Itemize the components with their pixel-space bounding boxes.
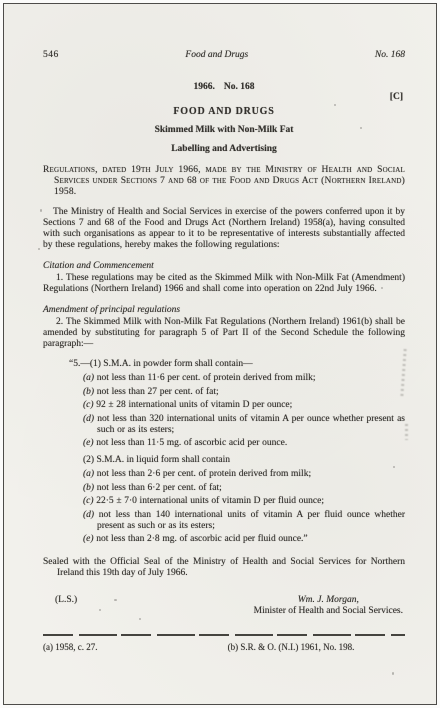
signatory: Wm. J. Morgan, Minister of Health and So… xyxy=(254,595,403,617)
signatory-title: Minister of Health and Social Services. xyxy=(254,606,403,616)
scan-artifact xyxy=(381,287,383,289)
subject-heading: Skimmed Milk with Non-Milk Fat xyxy=(43,125,405,136)
item-label: (b) xyxy=(83,483,94,493)
powder-item-a: (a) not less than 11·6 per cent. of prot… xyxy=(83,373,405,384)
scan-artifact xyxy=(360,127,362,129)
scan-artifact xyxy=(392,672,394,675)
footnotes-row: (a) 1958, c. 27. (b) S.R. & O. (N.I.) 19… xyxy=(43,642,405,652)
page-number: 546 xyxy=(43,50,59,61)
footnote-b: (b) S.R. & O. (N.I.) 1961, No. 198. xyxy=(228,642,355,652)
footnote-b-text: S.R. & O. (N.I.) 1961, No. 198. xyxy=(240,642,354,652)
item-text: 92 ± 28 international units of vitamin D… xyxy=(96,400,292,410)
item-text: not less than 140 international units of… xyxy=(97,510,405,531)
item-label: (d) xyxy=(83,414,94,424)
item-text: not less than 11·6 per cent. of protein … xyxy=(97,373,316,383)
scan-artifact xyxy=(405,424,408,440)
serial-number: No. 168 xyxy=(224,82,255,92)
introductory-paragraph: The Ministry of Health and Social Servic… xyxy=(43,207,405,251)
footnote-a-label: (a) xyxy=(43,642,53,652)
scan-artifact xyxy=(40,209,42,212)
item-label: (e) xyxy=(83,534,94,544)
signatory-name: Wm. J. Morgan, xyxy=(298,595,359,605)
footnote-b-label: (b) xyxy=(228,642,239,652)
liquid-item-d: (d) not less than 140 international unit… xyxy=(83,510,405,532)
item-text: not less than 11·5 mg. of ascorbic acid … xyxy=(96,438,287,448)
footnote-a: (a) 1958, c. 27. xyxy=(43,642,228,652)
liquid-intro: (2) S.M.A. in liquid form shall contain xyxy=(83,455,405,466)
footnote-rule xyxy=(43,634,405,636)
scan-artifact xyxy=(393,466,395,468)
scan-artifact xyxy=(114,599,117,601)
quoted-schedule-paragraph: “5.—(1) S.M.A. in powder form shall cont… xyxy=(69,359,405,545)
powder-item-c: (c) 92 ± 28 international units of vitam… xyxy=(83,400,405,411)
item-text: 22·5 ± 7·0 international units of vitami… xyxy=(96,496,324,506)
item-label: (a) xyxy=(83,373,94,383)
category-heading: FOOD AND DRUGS xyxy=(43,106,405,117)
scan-artifact xyxy=(99,609,101,611)
item-text: not less than 320 international units of… xyxy=(97,414,405,435)
item-text: not less than 6·2 per cent. of fat; xyxy=(97,483,222,493)
liquid-item-e: (e) not less than 2·8 mg. of ascorbic ac… xyxy=(83,534,405,545)
item-label: (c) xyxy=(83,400,94,410)
subtitle-heading: Labelling and Advertising xyxy=(43,144,405,155)
powder-item-b: (b) not less than 27 per cent. of fat; xyxy=(83,387,405,398)
item-text: not less than 2·6 per cent. of protein d… xyxy=(97,469,311,479)
regulation-2: 2. The Skimmed Milk with Non-Milk Fat Re… xyxy=(43,317,405,350)
item-label: (b) xyxy=(83,387,94,397)
page-content: 546 Food and Drugs No. 168 1966.No. 168 … xyxy=(43,50,405,617)
item-label: (e) xyxy=(83,438,94,448)
running-header-number: No. 168 xyxy=(375,50,405,61)
item-text: not less than 27 per cent. of fat; xyxy=(97,387,219,397)
liquid-item-a: (a) not less than 2·6 per cent. of prote… xyxy=(83,469,405,480)
signature-block: (L.S.) Wm. J. Morgan, Minister of Health… xyxy=(55,595,405,617)
powder-item-d: (d) not less than 320 international unit… xyxy=(83,414,405,436)
running-header-title: Food and Drugs xyxy=(185,50,248,61)
regulation-1: 1. These regulations may be cited as the… xyxy=(43,273,405,295)
liquid-item-b: (b) not less than 6·2 per cent. of fat; xyxy=(83,483,405,494)
scan-artifact xyxy=(38,248,40,250)
item-text: not less than 2·8 mg. of ascorbic acid p… xyxy=(96,534,307,544)
citation-heading: Citation and Commencement xyxy=(43,261,405,272)
seal-mark: (L.S.) xyxy=(55,595,77,617)
powder-intro: “5.—(1) S.M.A. in powder form shall cont… xyxy=(69,359,405,370)
running-header: 546 Food and Drugs No. 168 xyxy=(43,50,405,61)
item-label: (d) xyxy=(83,510,94,520)
preamble: Regulations, dated 19th July 1966, made … xyxy=(43,165,405,198)
scan-artifact xyxy=(334,104,336,106)
powder-item-e: (e) not less than 11·5 mg. of ascorbic a… xyxy=(83,438,405,449)
sealing-clause: Sealed with the Official Seal of the Min… xyxy=(43,557,405,579)
item-label: (c) xyxy=(83,496,94,506)
corner-mark: [C] xyxy=(390,92,403,103)
scan-artifact xyxy=(139,618,141,620)
serial-year: 1966. xyxy=(194,82,215,92)
footnote-a-text: 1958, c. 27. xyxy=(55,642,97,652)
instrument-serial: 1966.No. 168 [C] xyxy=(43,82,405,93)
amendment-heading: Amendment of principal regulations xyxy=(43,305,405,316)
liquid-item-c: (c) 22·5 ± 7·0 international units of vi… xyxy=(83,496,405,507)
item-label: (a) xyxy=(83,469,94,479)
scanned-page: 546 Food and Drugs No. 168 1966.No. 168 … xyxy=(3,3,437,705)
footnotes-section: (a) 1958, c. 27. (b) S.R. & O. (N.I.) 19… xyxy=(43,634,405,652)
